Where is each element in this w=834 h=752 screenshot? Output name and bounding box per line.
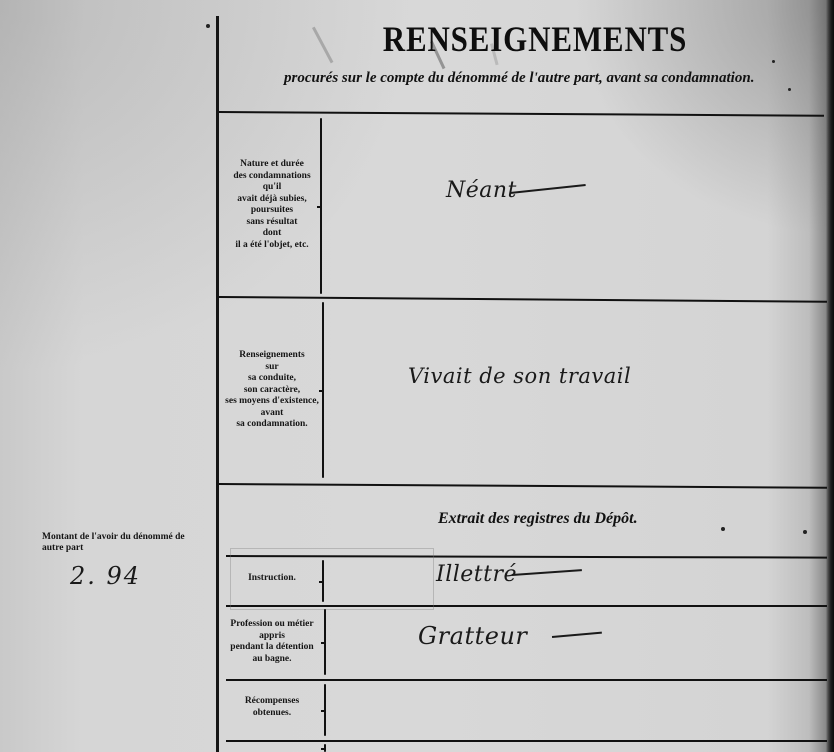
ink-spot: [721, 527, 725, 531]
row-label-conduite: Renseignements sur sa conduite, son cara…: [222, 350, 322, 431]
ink-spot: [788, 88, 791, 91]
table-rule: [226, 679, 827, 681]
depot-section-heading: Extrait des registres du Dépôt.: [438, 510, 638, 528]
bleed-through-mark: [312, 27, 333, 64]
document-subtitle: procurés sur le compte du dénommé de l'a…: [284, 70, 804, 87]
ink-spot: [772, 60, 775, 63]
brace-line: [324, 609, 326, 675]
table-rule: [226, 740, 827, 742]
handwritten-conduite: Vivait de son travail: [408, 364, 631, 388]
handwritten-flourish: [510, 184, 586, 193]
scan-edge-shadow: [826, 0, 834, 752]
document-title: RENSEIGNEMENTS: [333, 18, 737, 60]
ink-spot: [803, 530, 807, 534]
scanned-document-page: RENSEIGNEMENTS procurés sur le compte du…: [0, 0, 834, 752]
brace-line: [322, 560, 324, 602]
brace-line: [324, 744, 326, 752]
table-rule: [219, 483, 827, 489]
avoir-amount-label: Montant de l'avoir du dénommé de autre p…: [42, 532, 220, 554]
brace-line: [324, 684, 326, 736]
row-label-condamnations: Nature et durée des condamnations qu'il …: [222, 159, 322, 251]
handwritten-profession: Gratteur: [418, 622, 527, 650]
brace-line: [322, 302, 324, 478]
avoir-amount-value: 2. 94: [70, 562, 141, 590]
table-rule: [219, 111, 824, 117]
brace-line: [320, 118, 322, 294]
handwritten-instruction: Illettré: [436, 562, 517, 587]
table-rule: [219, 296, 827, 303]
handwritten-condamnations: Néant: [446, 178, 517, 203]
row-label-profession: Profession ou métier appris pendant la d…: [222, 619, 322, 665]
ink-spot: [206, 24, 210, 28]
row-label-recompenses: Récompenses obtenues.: [222, 696, 322, 719]
handwritten-flourish: [552, 632, 602, 638]
row-label-instruction: Instruction.: [222, 573, 322, 585]
margin-divider-line: [216, 16, 219, 752]
handwritten-flourish: [512, 569, 582, 575]
